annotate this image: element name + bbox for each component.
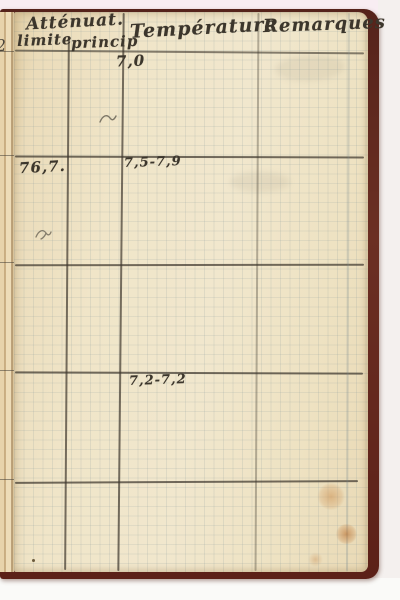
- age-stain: [317, 483, 345, 510]
- entry-temperature-row2: 7,5-7,9: [124, 154, 182, 171]
- edge-rule-fragment: [0, 155, 14, 156]
- edge-rule-fragment: [0, 51, 14, 52]
- edge-rule-fragment: [0, 370, 14, 371]
- entry-temperature-row4: 7,2-7,2: [129, 372, 187, 389]
- pencil-check-mark: [98, 111, 118, 127]
- notebook-page-scan: 2 Atténuat. limite princip Température R…: [0, 0, 400, 600]
- entry-attenuation-limite: 76,7.: [19, 157, 67, 177]
- scan-background-right: [378, 0, 400, 600]
- header-limite: limite: [17, 30, 73, 50]
- ink-showthrough-smudge: [230, 172, 290, 192]
- previous-page-fragment: 2: [0, 36, 7, 56]
- age-stain: [336, 524, 357, 544]
- edge-rule-fragment: [0, 262, 14, 263]
- entry-temperature-top: 7,0: [116, 51, 146, 70]
- header-remarques: Remarques: [263, 12, 387, 37]
- header-princip: princip: [71, 32, 139, 52]
- ink-speck: [32, 559, 35, 562]
- scan-background-bottom: [0, 578, 400, 600]
- edge-rule-fragment: [0, 479, 14, 480]
- age-stain: [308, 552, 323, 567]
- page-edge-stack: 2: [0, 12, 14, 572]
- pencil-squiggle-mark: [33, 225, 53, 243]
